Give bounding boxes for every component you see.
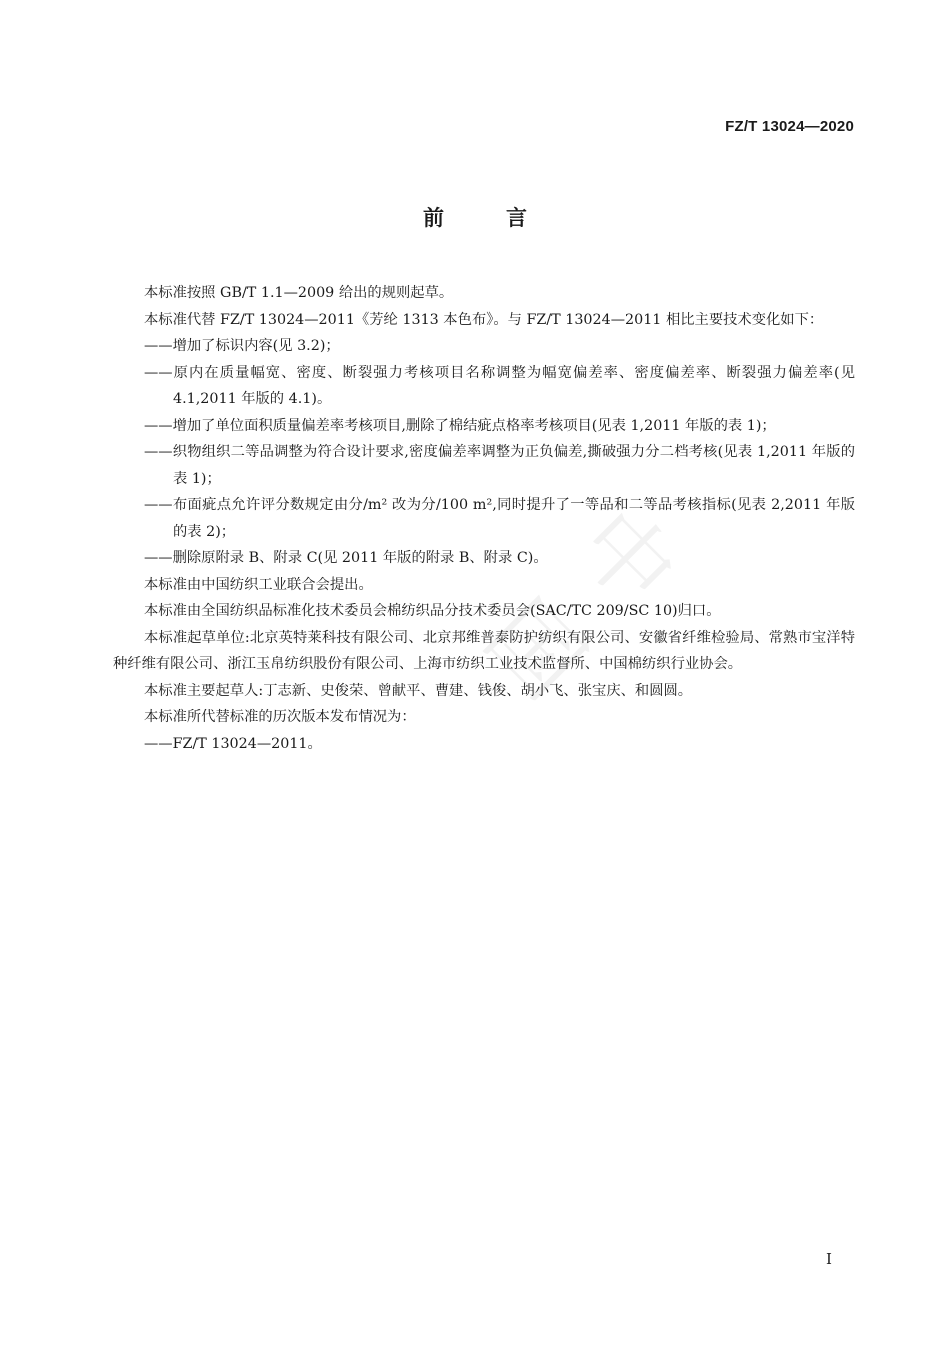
page-title: 前言 <box>0 202 950 232</box>
list-item: ——增加了单位面积质量偏差率考核项目,删除了棉结疵点格率考核项目(见表 1,20… <box>113 413 855 440</box>
standard-code: FZ/T 13024—2020 <box>725 118 854 135</box>
list-item: ——FZ/T 13024—2011。 <box>113 731 855 758</box>
document-page: FZ/T 13024—2020 前言 中国 本标准按照 GB/T 1.1—200… <box>0 0 950 1345</box>
list-item: ——布面疵点允许评分数规定由分/m² 改为分/100 m²,同时提升了一等品和二… <box>113 492 855 545</box>
foreword-body: 本标准按照 GB/T 1.1—2009 给出的规则起草。 本标准代替 FZ/T … <box>113 280 855 757</box>
list-item: ——删除原附录 B、附录 C(见 2011 年版的附录 B、附录 C)。 <box>113 545 855 572</box>
paragraph: 本标准由全国纺织品标准化技术委员会棉纺织品分技术委员会(SAC/TC 209/S… <box>113 598 855 625</box>
paragraph: 本标准由中国纺织工业联合会提出。 <box>113 572 855 599</box>
paragraph: 本标准起草单位:北京英特莱科技有限公司、北京邦维普泰防护纺织有限公司、安徽省纤维… <box>113 625 855 678</box>
page-number: I <box>826 1250 832 1268</box>
list-item: ——织物组织二等品调整为符合设计要求,密度偏差率调整为正负偏差,撕破强力分二档考… <box>113 439 855 492</box>
list-item: ——增加了标识内容(见 3.2)； <box>113 333 855 360</box>
list-item: ——原内在质量幅宽、密度、断裂强力考核项目名称调整为幅宽偏差率、密度偏差率、断裂… <box>113 360 855 413</box>
paragraph: 本标准主要起草人:丁志新、史俊荣、曾献平、曹建、钱俊、胡小飞、张宝庆、和圆圆。 <box>113 678 855 705</box>
paragraph: 本标准所代替标准的历次版本发布情况为： <box>113 704 855 731</box>
paragraph: 本标准代替 FZ/T 13024—2011《芳纶 1313 本色布》。与 FZ/… <box>113 307 855 334</box>
title-char-1: 前 <box>423 202 444 232</box>
title-char-2: 言 <box>506 202 527 232</box>
paragraph: 本标准按照 GB/T 1.1—2009 给出的规则起草。 <box>113 280 855 307</box>
